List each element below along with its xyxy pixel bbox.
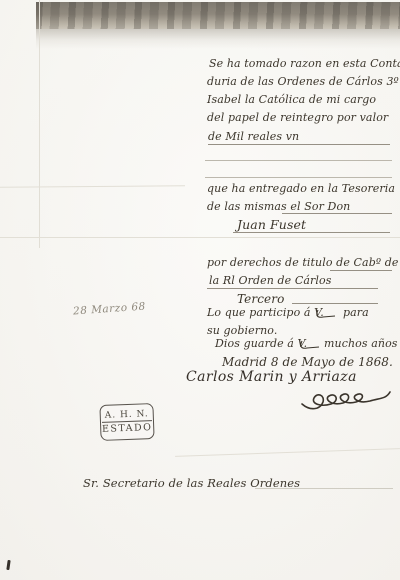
payer-name: Juan Fuset (237, 218, 306, 232)
paper-top-edge-fade (36, 29, 400, 49)
body-line: Dios guarde á V. (215, 337, 307, 351)
signature-name: Carlos Marin y Arriaza (186, 370, 357, 384)
body-line: muchos años (324, 337, 398, 351)
date-line: Madrid 8 de Mayo de 1868. (222, 355, 393, 369)
corner-mark (6, 560, 10, 570)
footer-underline (255, 488, 393, 489)
body-line: Isabel la Católica de mi cargo (207, 93, 376, 107)
stamp-line-2: ESTADO (102, 421, 153, 435)
body-line: Tercero (237, 292, 284, 306)
body-line: Lo que participo á V. (207, 306, 324, 320)
archive-stamp: A. H. N. ESTADO (99, 403, 154, 441)
signature-rubric (298, 386, 393, 414)
fold-crease (0, 237, 400, 238)
margin-date-note: 28 Marzo 68 (73, 300, 146, 317)
body-line: que ha entregado en la Tesoreria (207, 182, 395, 196)
body-line: la Rl Orden de Cárlos (209, 274, 331, 288)
amount-line: de Mil reales vn (208, 130, 299, 144)
ruled-line (292, 303, 378, 304)
scanned-document-page: 28 Marzo 68 Se ha tomado razon en esta C… (0, 0, 400, 580)
ruled-line (330, 270, 392, 271)
body-line: por derechos de titulo de Cabº de (207, 256, 398, 270)
ruled-line (233, 232, 390, 233)
ruled-line (207, 288, 378, 289)
fold-crease (175, 448, 400, 457)
flourish-mark (313, 308, 337, 320)
paper-left-edge (39, 0, 40, 248)
body-line: duria de las Ordenes de Cárlos 3º i (207, 75, 400, 89)
blank-ruled-line (205, 160, 392, 161)
ruled-line (282, 213, 392, 214)
body-line: para (343, 306, 369, 320)
body-line: Se ha tomado razon en esta Conta- (209, 57, 400, 71)
blank-ruled-line (205, 177, 392, 178)
body-line: del papel de reintegro por valor (207, 111, 388, 125)
paper-top-edge-shadow (36, 2, 400, 29)
flourish-mark (297, 339, 321, 351)
body-line: su gobierno. (207, 324, 277, 338)
fold-crease (0, 185, 185, 188)
ruled-line (208, 144, 390, 145)
body-line: de las mismas el Sor Don (207, 200, 350, 214)
